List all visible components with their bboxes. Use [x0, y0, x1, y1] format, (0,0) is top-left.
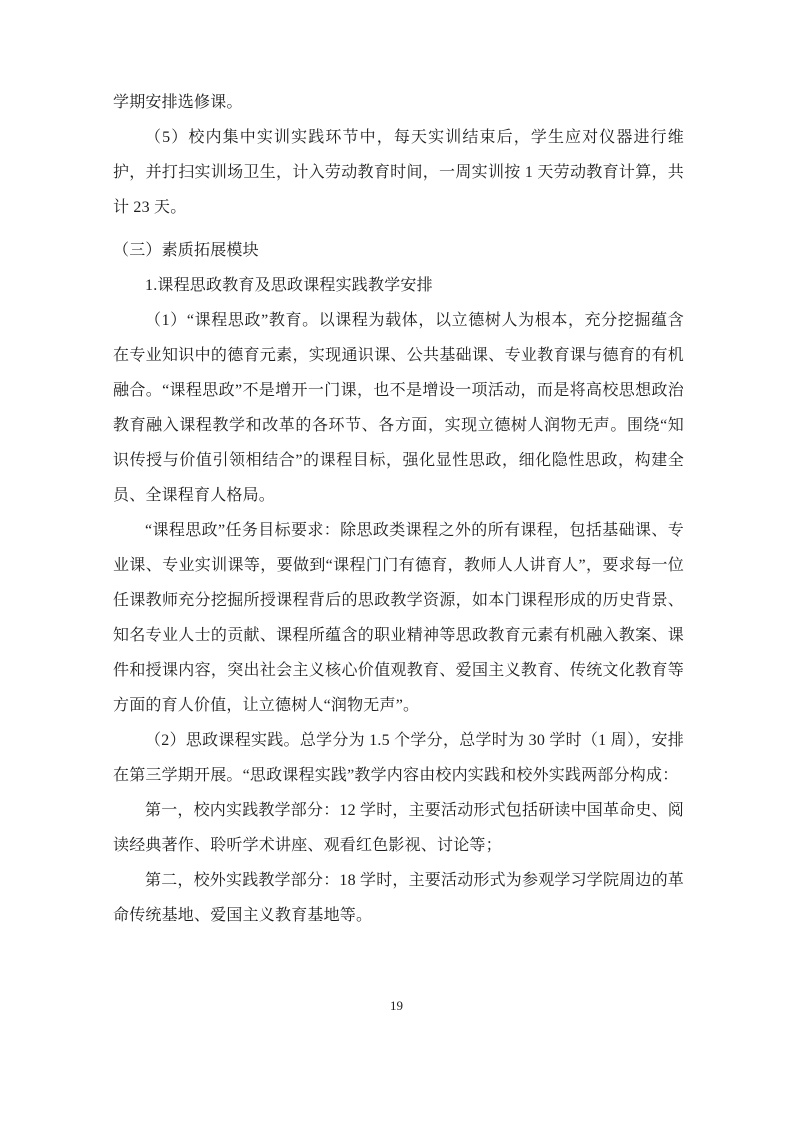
document-page: 学期安排选修课。（5）校内集中实训实践环节中，每天实训结束后，学生应对仪器进行维…: [0, 0, 793, 1122]
sub-heading: 1.课程思政教育及思政课程实践教学安排: [113, 268, 684, 303]
paragraph: 第二，校外实践教学部分：18 学时，主要活动形式为参观学习学院周边的革命传统基地…: [113, 863, 684, 933]
page-number: 19: [390, 998, 403, 1013]
paragraph-continuation: 学期安排选修课。: [113, 85, 684, 120]
paragraph: 第一，校内实践教学部分：12 学时，主要活动形式包括研读中国革命史、阅读经典著作…: [113, 793, 684, 863]
section-heading: （三）素质拓展模块: [113, 233, 684, 268]
paragraph: “课程思政”任务目标要求：除思政类课程之外的所有课程，包括基础课、专业课、专业实…: [113, 513, 684, 723]
paragraph: （5）校内集中实训实践环节中，每天实训结束后，学生应对仪器进行维护，并打扫实训场…: [113, 120, 684, 225]
paragraph: （1）“课程思政”教育。以课程为载体，以立德树人为根本，充分挖掘蕴含在专业知识中…: [113, 303, 684, 513]
document-body: 学期安排选修课。（5）校内集中实训实践环节中，每天实训结束后，学生应对仪器进行维…: [113, 85, 684, 933]
paragraph: （2）思政课程实践。总学分为 1.5 个学分，总学时为 30 学时（1 周），安…: [113, 723, 684, 793]
page-footer: 19: [0, 996, 793, 1016]
